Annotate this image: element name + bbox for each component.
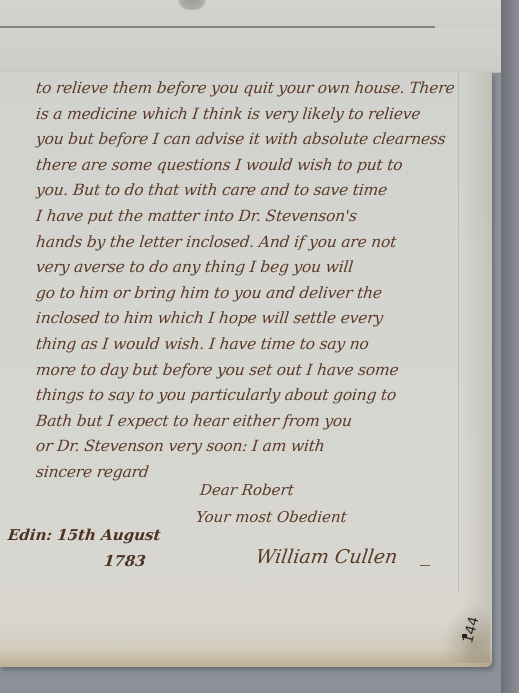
body-line: you but before I can advise it with abso… <box>35 127 478 153</box>
document-scan: to relieve them before you quit your own… <box>0 0 519 693</box>
signature: William Cullen <box>254 546 398 568</box>
body-line: is a medicine which I think is very like… <box>35 102 478 128</box>
underlying-sheet <box>0 28 505 73</box>
dateline-place-date: Edin: 15th August <box>7 526 161 544</box>
body-line: or Dr. Stevenson very soon: I am with <box>35 434 478 460</box>
letter-body: to relieve them before you quit your own… <box>36 76 476 486</box>
body-line: go to him or bring him to you and delive… <box>35 281 478 307</box>
body-line: you. But to do that with care and to sav… <box>35 178 478 204</box>
body-line: more to day but before you set out I hav… <box>35 358 478 384</box>
signature-flourish <box>420 565 430 566</box>
top-folded-sheet <box>0 0 505 28</box>
background-shadow <box>501 0 519 693</box>
body-line: to relieve them before you quit your own… <box>35 76 478 102</box>
dateline-year: 1783 <box>103 552 147 570</box>
body-line: there are some questions I would wish to… <box>35 153 478 179</box>
body-line: Bath but I expect to hear either from yo… <box>35 409 478 435</box>
body-line: thing as I would wish. I have time to sa… <box>35 332 478 358</box>
bottom-discoloration <box>0 649 492 667</box>
body-line: hands by the letter inclosed. And if you… <box>35 230 478 256</box>
body-line: things to say to you particularly about … <box>35 383 478 409</box>
body-line: I have put the matter into Dr. Stevenson… <box>35 204 478 230</box>
stain-mark <box>175 0 209 10</box>
salutation: Dear Robert <box>199 481 295 499</box>
body-line: inclosed to him which I hope will settle… <box>35 306 478 332</box>
valediction: Your most Obedient <box>195 508 348 526</box>
body-line: very averse to do any thing I beg you wi… <box>35 255 478 281</box>
